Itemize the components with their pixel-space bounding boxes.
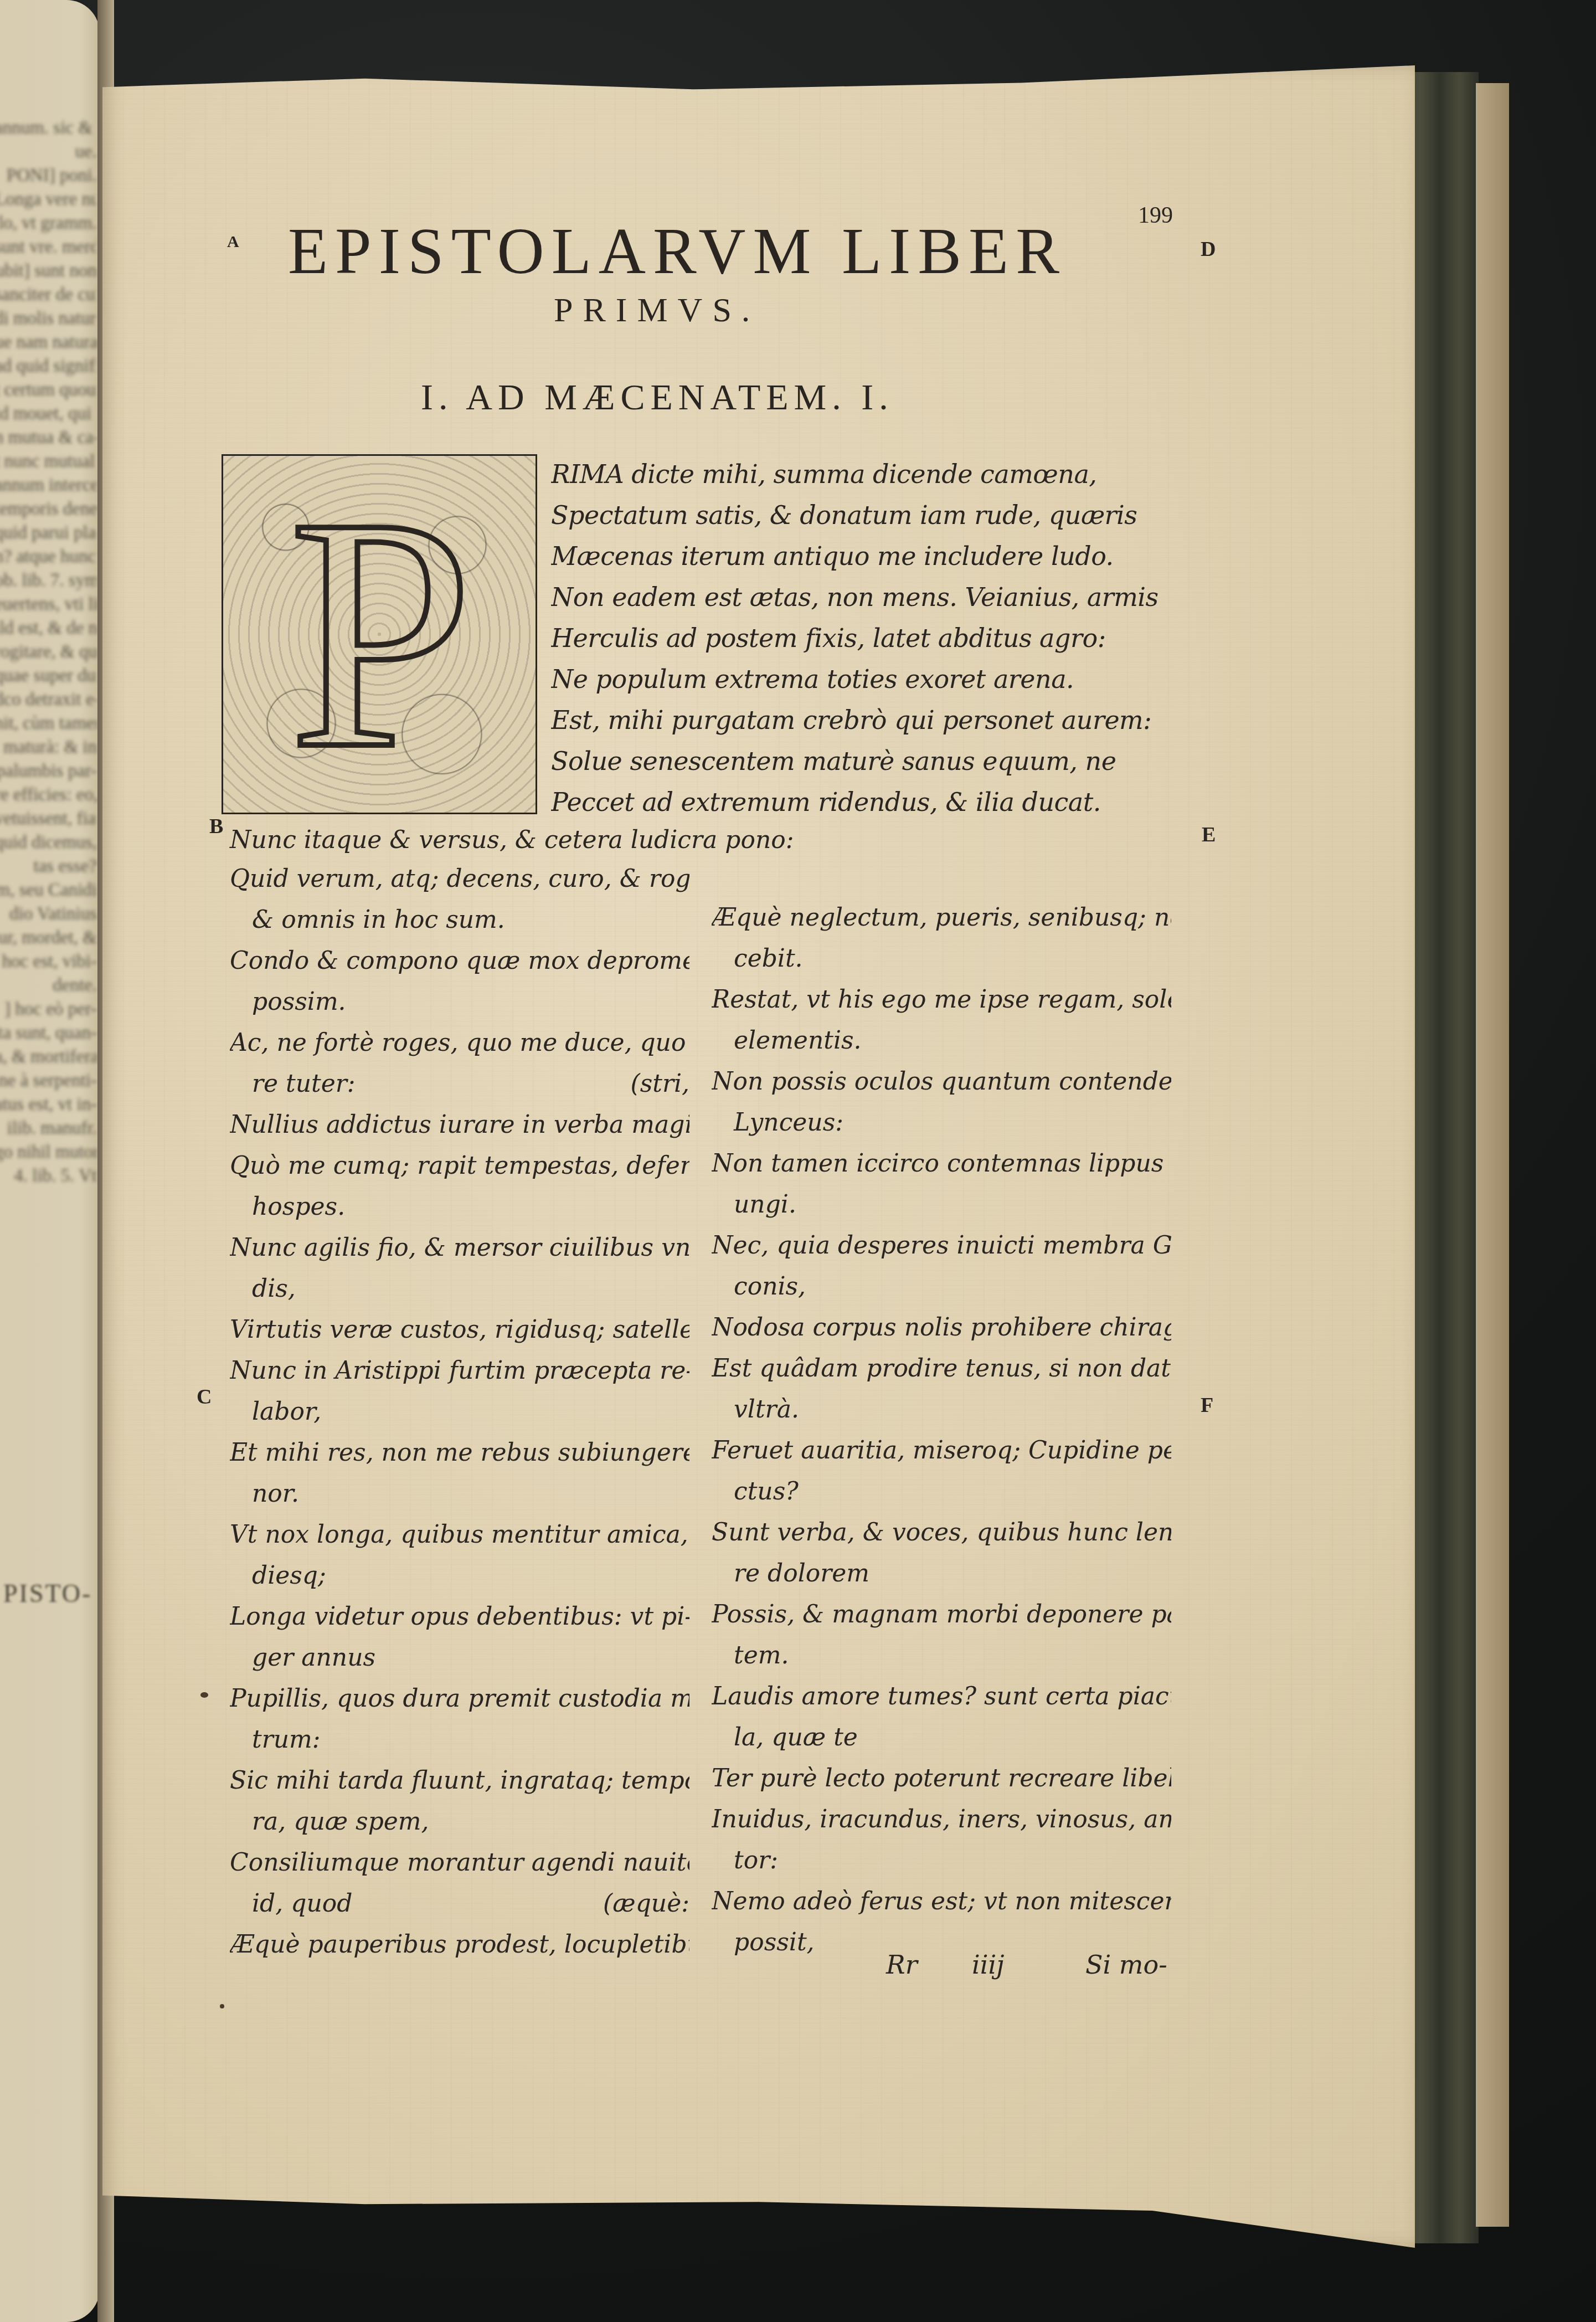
verse-line: Quid verum, atq; decens, curo, & rogo: <box>230 859 689 900</box>
commentary-line: vetuissent, fiat <box>0 807 97 831</box>
commentary-line: re efficies: eo, <box>0 783 97 807</box>
verse-text: tem. <box>734 1641 789 1669</box>
commentary-line: dente. <box>0 974 97 998</box>
verse-line: vltrà. <box>712 1389 1171 1430</box>
verse-text: ungi. <box>734 1190 796 1219</box>
commentary-line: n? atque hunc for <box>0 545 97 569</box>
verse-line: labor, <box>230 1391 689 1432</box>
verse-text: Non tamen iccirco contemnas lippus in- <box>712 1149 1171 1178</box>
commentary-line: di molis nature <box>0 307 97 331</box>
commentary-line: hoc est, vibi- <box>0 950 97 974</box>
commentary-line: palumbis par- <box>0 759 97 783</box>
verse-text: Æquè pauperibus prodest, locupletibus <box>230 1930 689 1959</box>
verse-text: Consiliumque morantur agendi nauiter <box>230 1848 689 1877</box>
verse-text: re tuter: <box>252 1070 356 1098</box>
verse-text: dis, <box>252 1275 296 1303</box>
commentary-line: PONI] poni. <box>0 164 97 188</box>
verse-line: Ne populum extrema toties exoret arena. <box>551 659 1159 700</box>
left-page-commentary-text: annum. sic & Plaut.ue.PONI] poni.Longa v… <box>0 116 97 1188</box>
page-number: 199 <box>1138 202 1173 229</box>
verse-text: possim. <box>252 988 346 1016</box>
verse-line: Peccet ad extremum ridendus, & ilia duca… <box>551 782 1159 823</box>
verse-text: Nodosa corpus nolis prohibere chiragra. <box>712 1313 1171 1342</box>
catchword: Si mo- <box>1085 1950 1167 1980</box>
commentary-line: quid dicemus, <box>0 831 97 855</box>
commentary-line: rogitare, & quo- <box>0 640 97 664</box>
verse-line: Nec, quia desperes inuicti membra Gly- <box>712 1225 1171 1266</box>
verse-text: Nec, quia desperes inuicti membra Gly- <box>712 1231 1171 1260</box>
verse-line: Solue senescentem maturè sanus equum, ne <box>551 741 1159 782</box>
verse-line: dis, <box>230 1268 689 1309</box>
left-page-edge: annum. sic & Plaut.ue.PONI] poni.Longa v… <box>0 0 100 2322</box>
verse-line: possim. <box>230 982 689 1023</box>
commentary-line: annum. sic & Plaut. <box>0 116 97 140</box>
verse-line: Quò me cumq; rapit tempestas, deferor <box>230 1145 689 1186</box>
verse-text: trum: <box>252 1725 321 1754</box>
verse-line: Æquè pauperibus prodest, locupletibus <box>230 1924 689 1965</box>
verse-text: hospes. <box>252 1193 345 1221</box>
commentary-line: go nihil mutor <box>0 1141 97 1164</box>
verse-text: Condo & compono quæ mox depromere <box>230 947 689 975</box>
commentary-line: m, seu Canidi <box>0 879 97 902</box>
initial-letter: P <box>256 478 506 788</box>
commentary-line: quae super dum fo- <box>0 664 97 688</box>
verse-text: Ac, ne fortè roges, quo me duce, quo La- <box>230 1029 689 1057</box>
decorated-initial: P <box>222 454 537 814</box>
margin-letter-f: F <box>1201 1393 1213 1417</box>
verse-line: nor. <box>230 1473 689 1514</box>
verse-line: ra, quæ spem, <box>230 1801 689 1842</box>
verse-line: Possis, & magnam morbi deponere par- <box>712 1594 1171 1635</box>
verse-line: conis, <box>712 1266 1171 1307</box>
verse-text: Pupillis, quos dura premit custodia ma- <box>230 1684 689 1713</box>
verse-line: Sunt verba, & voces, quibus hunc leni- <box>712 1512 1171 1553</box>
margin-letter-e: E <box>1202 823 1216 847</box>
verse-line: Spectatum satis, & donatum iam rude, quæ… <box>551 495 1159 536</box>
verse-text: Inuidus, iracundus, iners, vinosus, ama- <box>712 1805 1171 1833</box>
commentary-line: t certum quoum <box>0 378 97 402</box>
verse-line: Non eadem est ætas, non mens. Veianius, … <box>551 577 1159 618</box>
commentary-line: Longa vere nudat <box>0 188 97 212</box>
right-verse-column: Æquè neglectum, pueris, senibusq; no-ceb… <box>712 897 1171 1963</box>
verse-line: Non tamen iccirco contemnas lippus in- <box>712 1143 1171 1184</box>
verse-text: Nunc agilis fio, & mersor ciuilibus vn- <box>230 1234 689 1262</box>
signature-leaf: iiij <box>972 1950 1004 1980</box>
verse-text: diesq; <box>252 1561 326 1590</box>
verse-text: possit, <box>734 1928 815 1956</box>
verse-line: Nunc agilis fio, & mersor ciuilibus vn- <box>230 1227 689 1268</box>
verse-text: Nullius addictus iurare in verba magi- <box>230 1111 689 1139</box>
verse-text: Est quâdam prodire tenus, si non datur <box>712 1354 1171 1383</box>
margin-letter-b: B <box>209 814 223 839</box>
verse-text: ra, quæ spem, <box>252 1807 429 1836</box>
verse-line: Feruet auaritia, miseroq; Cupidine pe- <box>712 1430 1171 1471</box>
verse-line: elementis. <box>712 1020 1171 1061</box>
left-verse-column: Quid verum, atq; decens, curo, & rogo:& … <box>230 859 689 1965</box>
opening-verses: RIMA dicte mihi, summa dicende camœna,Sp… <box>551 454 1159 823</box>
verse-text: Nunc in Aristippi furtim præcepta re- <box>230 1357 689 1385</box>
verse-text: Lynceus: <box>734 1108 843 1137</box>
commentary-line: tas esse? <box>0 855 97 879</box>
poem-title: I. AD MÆCENATEM. I. <box>421 377 894 419</box>
verse-line: ungi. <box>712 1184 1171 1225</box>
commentary-line: ] hoc eò per- <box>0 998 97 1021</box>
verse-text: conis, <box>734 1272 806 1301</box>
verse-text: Quò me cumq; rapit tempestas, deferor <box>230 1152 689 1180</box>
verse-line: Inuidus, iracundus, iners, vinosus, ama- <box>712 1799 1171 1840</box>
verse-line: Laudis amore tumes? sunt certa piacu- <box>712 1676 1171 1717</box>
verse-line: Est quâdam prodire tenus, si non datur <box>712 1348 1171 1389</box>
verse-line: diesq; <box>230 1555 689 1596</box>
verse-line: Longa videtur opus debentibus: vt pi- <box>230 1596 689 1637</box>
verse-text: Restat, vt his ego me ipse regam, solerq… <box>712 985 1171 1014</box>
commentary-line: ue nam natura, & <box>0 331 97 355</box>
verse-text: Laudis amore tumes? sunt certa piacu- <box>712 1682 1171 1710</box>
verse-text: cebit. <box>734 944 803 973</box>
verse-line: id, quod(æquè: <box>230 1883 689 1924</box>
left-page-catchword: PISTO- <box>3 1579 92 1608</box>
book-subtitle: PRIMVS. <box>554 291 760 330</box>
verse-text: Possis, & magnam morbi deponere par- <box>712 1600 1171 1629</box>
commentary-line: atus est, vt in- <box>0 1093 97 1117</box>
verse-line: Condo & compono quæ mox depromere <box>230 941 689 982</box>
commentary-line: sanciter de cui <box>0 283 97 307</box>
verse-line: Virtutis veræ custos, rigidusq; satelles… <box>230 1309 689 1350</box>
verse-line: ger annus <box>230 1637 689 1678</box>
verse-line: Nunc in Aristippi furtim præcepta re- <box>230 1350 689 1391</box>
margin-letter-c: C <box>197 1385 212 1409</box>
verse-text: ger annus <box>252 1643 375 1672</box>
verse-line: Restat, vt his ego me ipse regam, solerq… <box>712 979 1171 1020</box>
commentary-line: ubit] sunt non <box>0 259 97 283</box>
ink-dot <box>220 2004 224 2008</box>
verse-text: Ter purè lecto poterunt recreare libello… <box>712 1764 1171 1792</box>
verse-line: Herculis ad postem fixis, latet abditus … <box>551 618 1159 659</box>
verse-text: id, quod <box>252 1889 352 1918</box>
verse-text: ctus? <box>734 1477 799 1506</box>
verse-turnover: (æquè: <box>603 1883 689 1924</box>
verse-line: Lynceus: <box>712 1102 1171 1143</box>
verse-text: Virtutis veræ custos, rigidusq; satelles… <box>230 1316 689 1344</box>
commentary-line: 4. lib. 5. Vt <box>0 1164 97 1188</box>
verse-line: Nullius addictus iurare in verba magi- <box>230 1105 689 1145</box>
commentary-line: ue. <box>0 140 97 164</box>
verse-line: Ac, ne fortè roges, quo me duce, quo La- <box>230 1023 689 1064</box>
verse-line: Sic mihi tarda fluunt, ingrataq; tempo- <box>230 1760 689 1801</box>
commentary-line: temporis denes di- <box>0 497 97 521</box>
verse-line: Et mihi res, non me rebus subiungere co- <box>230 1432 689 1473</box>
full-width-verse: Nunc itaque & versus, & cetera ludicra p… <box>230 820 794 861</box>
verse-line: tor: <box>712 1840 1171 1881</box>
verse-text: re dolorem <box>734 1559 869 1588</box>
commentary-line: ild est, & de nuo <box>0 617 97 640</box>
verse-text: Feruet auaritia, miseroq; Cupidine pe- <box>712 1436 1171 1465</box>
verse-text: la, quæ te <box>734 1723 858 1751</box>
verse-line: tem. <box>712 1635 1171 1676</box>
verse-text: elementis. <box>734 1026 862 1055</box>
book-endpaper-edge <box>1476 83 1509 2227</box>
verse-line: Æquè neglectum, pueris, senibusq; no- <box>712 897 1171 938</box>
ink-blot <box>200 1692 208 1698</box>
verse-line: Est, mihi purgatam crebrò qui personet a… <box>551 700 1159 741</box>
verse-line: trum: <box>230 1719 689 1760</box>
verse-turnover: (stri, <box>630 1064 689 1105</box>
commentary-line: ob. lib. 7. sym- <box>0 569 97 593</box>
signature-mark: Rr <box>886 1950 918 1980</box>
verse-text: labor, <box>252 1398 321 1426</box>
verse-line: re dolorem <box>712 1553 1171 1594</box>
commentary-line: id mouet, qui fo- <box>0 402 97 426</box>
commentary-line: maturà: & in <box>0 736 97 759</box>
commentary-line: nit, cùm tamen <box>0 712 97 736</box>
verse-line: Consiliumque morantur agendi nauiter <box>230 1842 689 1883</box>
verse-line: Nemo adeò ferus est; vt non mitescere <box>712 1881 1171 1922</box>
verse-line: ctus? <box>712 1471 1171 1512</box>
verse-line: Ter purè lecto poterunt recreare libello… <box>712 1758 1171 1799</box>
verse-text: Non possis oculos quantum contendere <box>712 1067 1171 1096</box>
verse-line: Vt nox longa, quibus mentitur amica, <box>230 1514 689 1555</box>
verse-text: & omnis in hoc sum. <box>252 906 505 934</box>
verse-line: cebit. <box>712 938 1171 979</box>
verse-text: Sic mihi tarda fluunt, ingrataq; tempo- <box>230 1766 689 1795</box>
verse-text: Et mihi res, non me rebus subiungere co- <box>230 1439 689 1467</box>
verse-line: RIMA dicte mihi, summa dicende camœna, <box>551 454 1159 495</box>
verse-text: tor: <box>734 1846 778 1874</box>
verse-line: Nodosa corpus nolis prohibere chiragra. <box>712 1307 1171 1348</box>
commentary-line: ne à serpenti- <box>0 1069 97 1093</box>
margin-letter-a: A <box>227 233 239 251</box>
commentary-line: euertens, vti lignu <box>0 593 97 617</box>
commentary-line: dio Vatinius <box>0 902 97 926</box>
commentary-line: ur, mordet, & <box>0 926 97 950</box>
commentary-line: dco detraxit e- <box>0 688 97 712</box>
verse-text: Nemo adeò ferus est; vt non mitescere <box>712 1887 1171 1915</box>
commentary-line: ilib. manufr. <box>0 1117 97 1141</box>
verse-line: hospes. <box>230 1186 689 1227</box>
commentary-line: quid parui place <box>0 521 97 545</box>
commentary-line: sunt vre. merda <box>0 235 97 259</box>
commentary-line: n mutua & ca- <box>0 426 97 450</box>
verse-text: Longa videtur opus debentibus: vt pi- <box>230 1602 689 1631</box>
verse-text: nor. <box>252 1479 299 1508</box>
verse-line: Pupillis, quos dura premit custodia ma- <box>230 1678 689 1719</box>
verse-text: Sunt verba, & voces, quibus hunc leni- <box>712 1518 1171 1547</box>
commentary-line: annum intercepit <box>0 474 97 497</box>
verse-text: Vt nox longa, quibus mentitur amica, <box>230 1520 688 1549</box>
verse-line: la, quæ te <box>712 1717 1171 1758</box>
verse-text: Æquè neglectum, pueris, senibusq; no- <box>712 903 1171 932</box>
verse-line: re tuter:(stri, <box>230 1064 689 1105</box>
commentary-line: a, & mortifera <box>0 1045 97 1069</box>
verse-line: & omnis in hoc sum. <box>230 900 689 941</box>
commentary-line: lo, vt gramm. <box>0 212 97 235</box>
commentary-line: ta sunt, quan- <box>0 1021 97 1045</box>
commentary-line: t nunc mutual la <box>0 450 97 474</box>
commentary-line: ad quid signific <box>0 355 97 378</box>
running-head: EPISTOLARVM LIBER <box>288 219 1130 284</box>
verse-text: Quid verum, atq; decens, curo, & rogo: <box>230 865 689 893</box>
verse-line: Non possis oculos quantum contendere <box>712 1061 1171 1102</box>
verse-line: Mæcenas iterum antiquo me includere ludo… <box>551 536 1159 577</box>
margin-letter-d: D <box>1201 237 1216 261</box>
verse-text: vltrà. <box>734 1395 799 1424</box>
